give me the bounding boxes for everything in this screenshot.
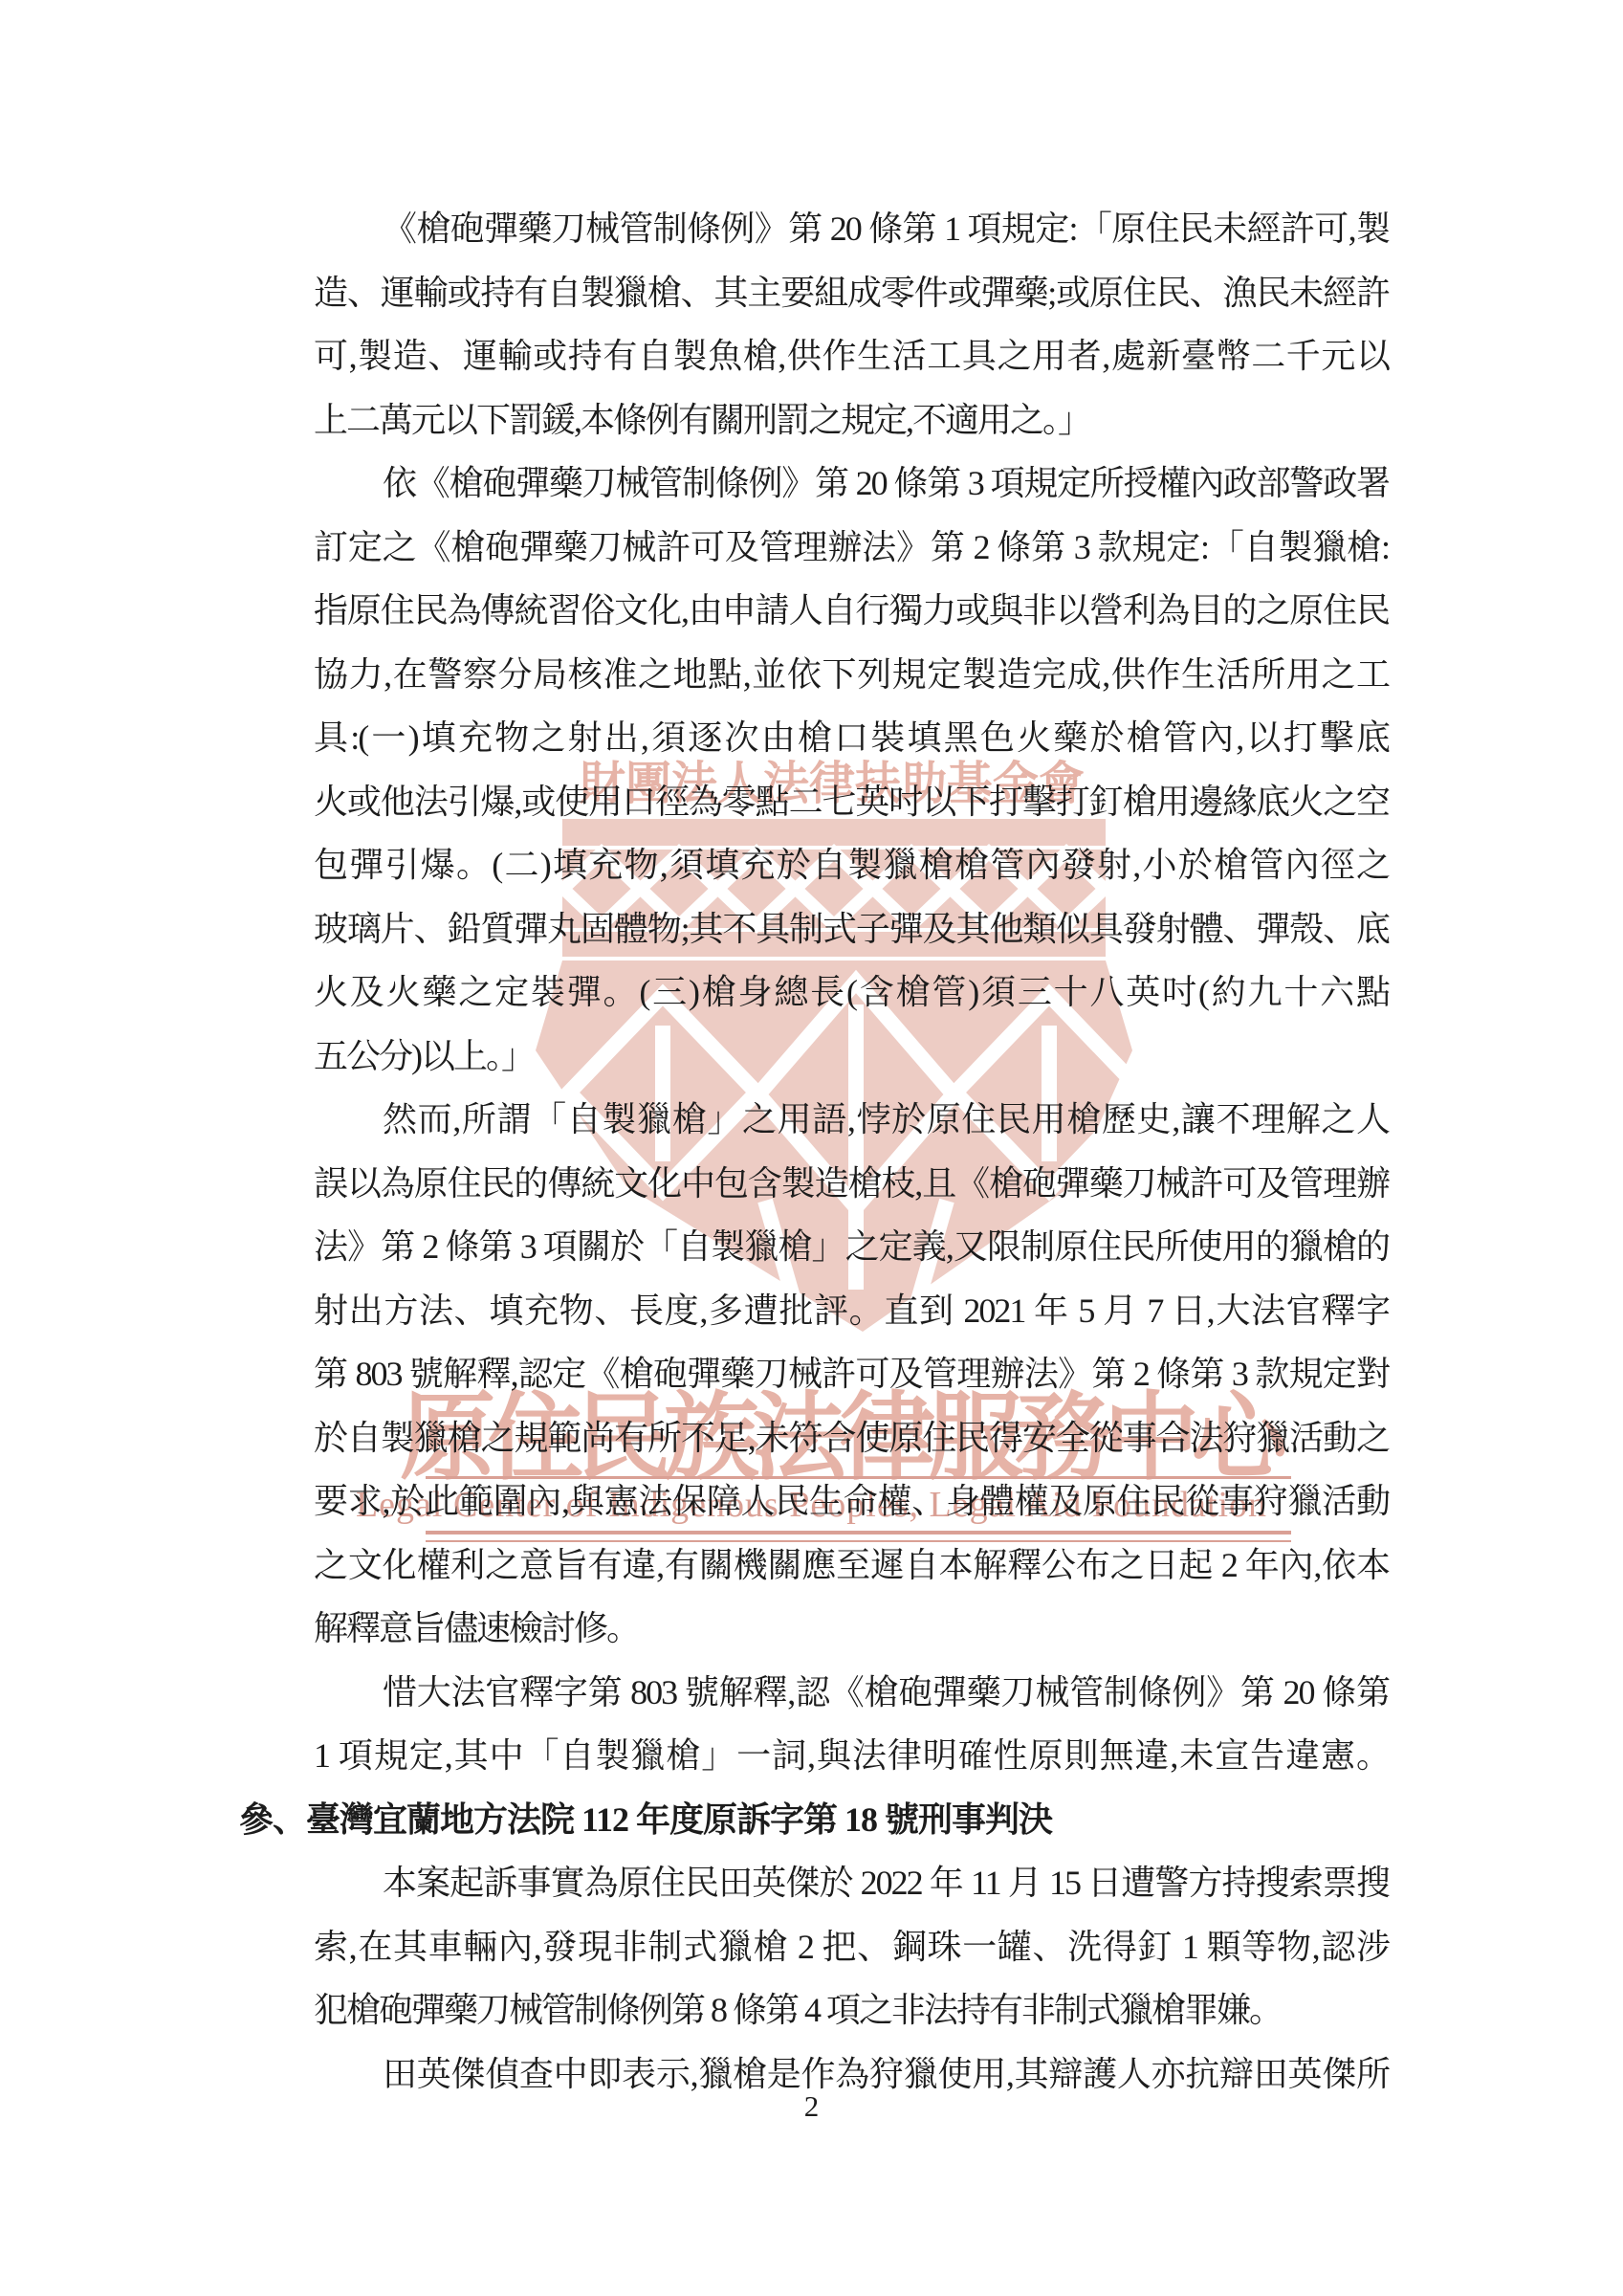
text-line: 於自製獵槍之規範尚有所不足,未符合使原住民得安全從事合法狩獵活動之: [314, 1406, 1389, 1470]
text-line: 本案起訴事實為原住民田英傑於 2022 年 11 月 15 日遭警方持搜索票搜: [314, 1851, 1389, 1915]
text-line: 之文化權利之意旨有違,有關機關應至遲自本解釋公布之日起 2 年內,依本: [314, 1534, 1389, 1598]
document-body: 《槍砲彈藥刀械管制條例》第 20 條第 1 項規定:「原住民未經許可,製造、運輸…: [314, 197, 1389, 2106]
text-line: 依《槍砲彈藥刀械管制條例》第 20 條第 3 項規定所授權內政部警政署: [314, 452, 1389, 516]
text-line: 《槍砲彈藥刀械管制條例》第 20 條第 1 項規定:「原住民未經許可,製: [314, 197, 1389, 261]
text-line: 解釋意旨儘速檢討修。: [314, 1597, 1389, 1661]
text-line: 火及火藥之定裝彈。(三)槍身總長(含槍管)須三十八英吋(約九十六點: [314, 960, 1389, 1025]
text-line: 可,製造、運輸或持有自製魚槍,供作生活工具之用者,處新臺幣二千元以: [314, 324, 1389, 388]
text-line: 玻璃片、鉛質彈丸固體物;其不具制式子彈及其他類似具發射體、彈殼、底: [314, 897, 1389, 961]
text-line: 法》第 2 條第 3 項關於「自製獵槍」之定義,又限制原住民所使用的獵槍的: [314, 1215, 1389, 1279]
text-line: 索,在其車輛內,發現非制式獵槍 2 把、鋼珠一罐、洗得釘 1 顆等物,認涉: [314, 1915, 1389, 1979]
text-line: 具:(一)填充物之射出,須逐次由槍口裝填黑色火藥於槍管內,以打擊底: [314, 706, 1389, 770]
text-line: 指原住民為傳統習俗文化,由申請人自行獨力或與非以營利為目的之原住民: [314, 579, 1389, 643]
text-line: 五公分)以上。」: [314, 1025, 1389, 1089]
text-line: 1 項規定,其中「自製獵槍」一詞,與法律明確性原則無違,未宣告違憲。: [314, 1724, 1389, 1788]
text-line: 造、運輸或持有自製獵槍、其主要組成零件或彈藥;或原住民、漁民未經許: [314, 261, 1389, 325]
text-line: 上二萬元以下罰鍰,本條例有關刑罰之規定,不適用之。」: [314, 388, 1389, 453]
text-line: 第 803 號解釋,認定《槍砲彈藥刀械許可及管理辦法》第 2 條第 3 款規定對: [314, 1342, 1389, 1406]
document-page: 財團法人法律扶助基金會: [0, 0, 1623, 2296]
text-line: 協力,在警察分局核准之地點,並依下列規定製造完成,供作生活所用之工: [314, 643, 1389, 707]
text-line: 射出方法、填充物、長度,多遭批評。直到 2021 年 5 月 7 日,大法官釋字: [314, 1279, 1389, 1343]
text-line: 惜大法官釋字第 803 號解釋,認《槍砲彈藥刀械管制條例》第 20 條第: [314, 1661, 1389, 1725]
page-number: 2: [0, 2089, 1623, 2124]
text-line: 包彈引爆。(二)填充物,須填充於自製獵槍槍管內發射,小於槍管內徑之: [314, 833, 1389, 897]
text-line: 火或他法引爆,或使用口徑為零點二七英吋以下打擊打釘槍用邊緣底火之空: [314, 770, 1389, 834]
text-line: 訂定之《槍砲彈藥刀械許可及管理辦法》第 2 條第 3 款規定:「自製獵槍:: [314, 516, 1389, 580]
section-heading: 參、臺灣宜蘭地方法院 112 年度原訴字第 18 號刑事判決: [239, 1788, 1389, 1852]
text-line: 誤以為原住民的傳統文化中包含製造槍枝,且《槍砲彈藥刀械許可及管理辦: [314, 1152, 1389, 1216]
text-line: 然而,所謂「自製獵槍」之用語,悖於原住民用槍歷史,讓不理解之人: [314, 1088, 1389, 1152]
text-line: 要求,於此範圍內,與憲法保障人民生命權、身體權及原住民從事狩獵活動: [314, 1469, 1389, 1534]
text-line: 犯槍砲彈藥刀械管制條例第 8 條第 4 項之非法持有非制式獵槍罪嫌。: [314, 1978, 1389, 2042]
